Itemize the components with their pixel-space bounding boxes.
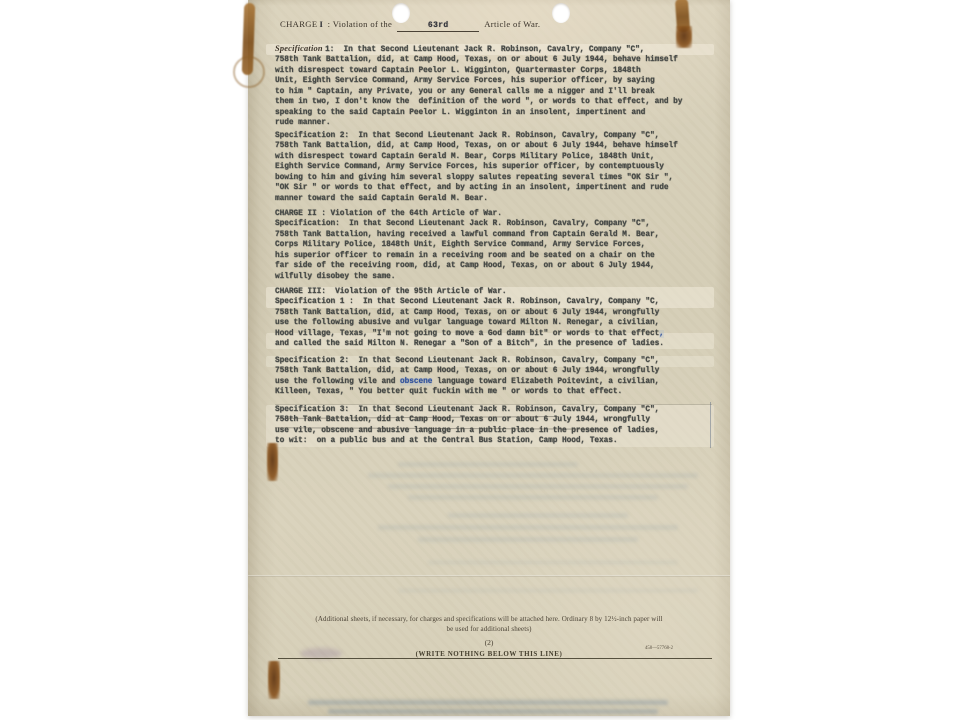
specification-paragraph: Specification 2: In that Second Lieutena… — [275, 131, 715, 204]
typed-line: his superior officer to remain in a rece… — [275, 251, 715, 261]
typed-line: manner toward the said Captain Gerald M.… — [275, 194, 715, 204]
charge-article-blank: 63rd — [397, 21, 479, 32]
charge-paragraph: CHARGE II : Violation of the 64th Articl… — [275, 209, 715, 282]
pencil-mark — [710, 402, 711, 448]
rust-stain — [268, 661, 280, 699]
punch-hole — [552, 3, 570, 23]
charge-suffix-text: Article of War. — [484, 19, 540, 29]
write-nothing-label: (WRITE NOTHING BELOW THIS LINE) — [248, 650, 730, 658]
typed-line: to him " Captain, any Private, you or an… — [275, 87, 715, 97]
specification-paragraph: Specification 1: In that Second Lieutena… — [275, 44, 715, 129]
typed-line: CHARGE III: Violation of the 95th Articl… — [275, 287, 715, 297]
preprinted-word: Specification — [275, 44, 325, 53]
typed-line: use the following abusive and vulgar lan… — [275, 318, 715, 328]
typed-line: Specification 1: In that Second Lieutena… — [275, 44, 715, 55]
typed-line: Hood village, Texas, "I'm not going to m… — [275, 329, 715, 339]
footer-note-line1: (Additional sheets, if necessary, for ch… — [248, 615, 730, 623]
blue-ink-correction: , — [659, 330, 664, 338]
pencil-mark — [275, 404, 712, 405]
typed-line: Specification 3: In that Second Lieutena… — [275, 405, 715, 415]
bleed-through-ghost — [418, 537, 638, 542]
typed-line: far side of the receiving room, did, at … — [275, 261, 715, 271]
bleed-through-ghost — [378, 525, 678, 530]
typed-line: Eighth Service Command, Army Service For… — [275, 162, 715, 172]
rust-stain-ring — [233, 56, 265, 88]
typed-line: to wit: on a public bus and at the Centr… — [275, 436, 715, 446]
bleed-through-ghost — [388, 484, 688, 489]
bleed-through-ghost — [428, 560, 678, 565]
charge-numeral: I — [319, 19, 323, 29]
rust-stain — [267, 443, 278, 481]
bleed-through-ghost — [408, 495, 658, 500]
charge-header: CHARGE I : Violation of the 63rd Article… — [280, 19, 540, 32]
typed-line: rude manner. — [275, 118, 715, 128]
footer-note-line2: be used for additional sheets) — [248, 625, 730, 633]
bleed-through-ghost — [398, 462, 578, 467]
typed-line: 758th Tank Battalion, did, at Camp Hood,… — [275, 55, 715, 65]
bleed-through-ghost — [448, 513, 628, 518]
typed-line: Unit, Eighth Service Command, Army Servi… — [275, 76, 715, 86]
typed-line: speaking to the said Captain Peelor L. W… — [275, 108, 715, 118]
charge-word: CHARGE — [280, 19, 317, 29]
typed-line: 758th Tank Battalion, did, at Camp Hood,… — [275, 366, 715, 376]
specification-paragraph: Specification 3: In that Second Lieutena… — [275, 405, 715, 447]
write-nothing-rule — [278, 658, 712, 659]
typed-line: 758th Tank Battalion, did, at Camp Hood,… — [275, 141, 715, 151]
bleed-through-ghost — [308, 700, 668, 705]
bleed-through-ghost — [398, 588, 698, 593]
typed-line: 758th Tank Battalion, having received a … — [275, 230, 715, 240]
typed-line: use the following vile and obscene langu… — [275, 377, 715, 387]
typed-line: 758th Tank Battalion, did, at Camp Hood,… — [275, 308, 715, 318]
bleed-through-ghost — [368, 473, 698, 478]
document-page: CHARGE I : Violation of the 63rd Article… — [248, 0, 730, 716]
typed-line: Specification 1 : In that Second Lieuten… — [275, 297, 715, 307]
typed-line: Specification 2: In that Second Lieutena… — [275, 131, 715, 141]
typed-line: with disrespect toward Captain Peelor L.… — [275, 66, 715, 76]
blue-ink-correction: obscene — [400, 378, 432, 386]
typed-line: Corps Military Police, 1848th Unit, Eigh… — [275, 240, 715, 250]
typed-line: Killeen, Texas, " You better quit fuckin… — [275, 387, 715, 397]
typed-line: with disrespect toward Captain Gerald M.… — [275, 152, 715, 162]
typed-line: Specification 2: In that Second Lieutena… — [275, 356, 715, 366]
typed-line: "OK Sir " or words to that effect, and b… — [275, 183, 715, 193]
scan-background: CHARGE I : Violation of the 63rd Article… — [0, 0, 960, 720]
charge-paragraph: CHARGE III: Violation of the 95th Articl… — [275, 287, 715, 350]
typed-line: bowing to him and giving him several slo… — [275, 173, 715, 183]
typed-line: wilfully disobey the same. — [275, 272, 715, 282]
bleed-through-ghost — [328, 709, 658, 714]
typed-line: and called the said Milton N. Renegar a … — [275, 339, 715, 349]
typed-line: Specification: In that Second Lieutenant… — [275, 219, 715, 229]
form-print-code: 458—57768-2 — [645, 646, 673, 651]
specification-paragraph: Specification 2: In that Second Lieutena… — [275, 356, 715, 398]
typed-line: CHARGE II : Violation of the 64th Articl… — [275, 209, 715, 219]
fold-crease — [248, 575, 730, 577]
charge-middle-text: : Violation of the — [325, 19, 392, 29]
typed-line: them in two, I don't know the definition… — [275, 97, 715, 107]
